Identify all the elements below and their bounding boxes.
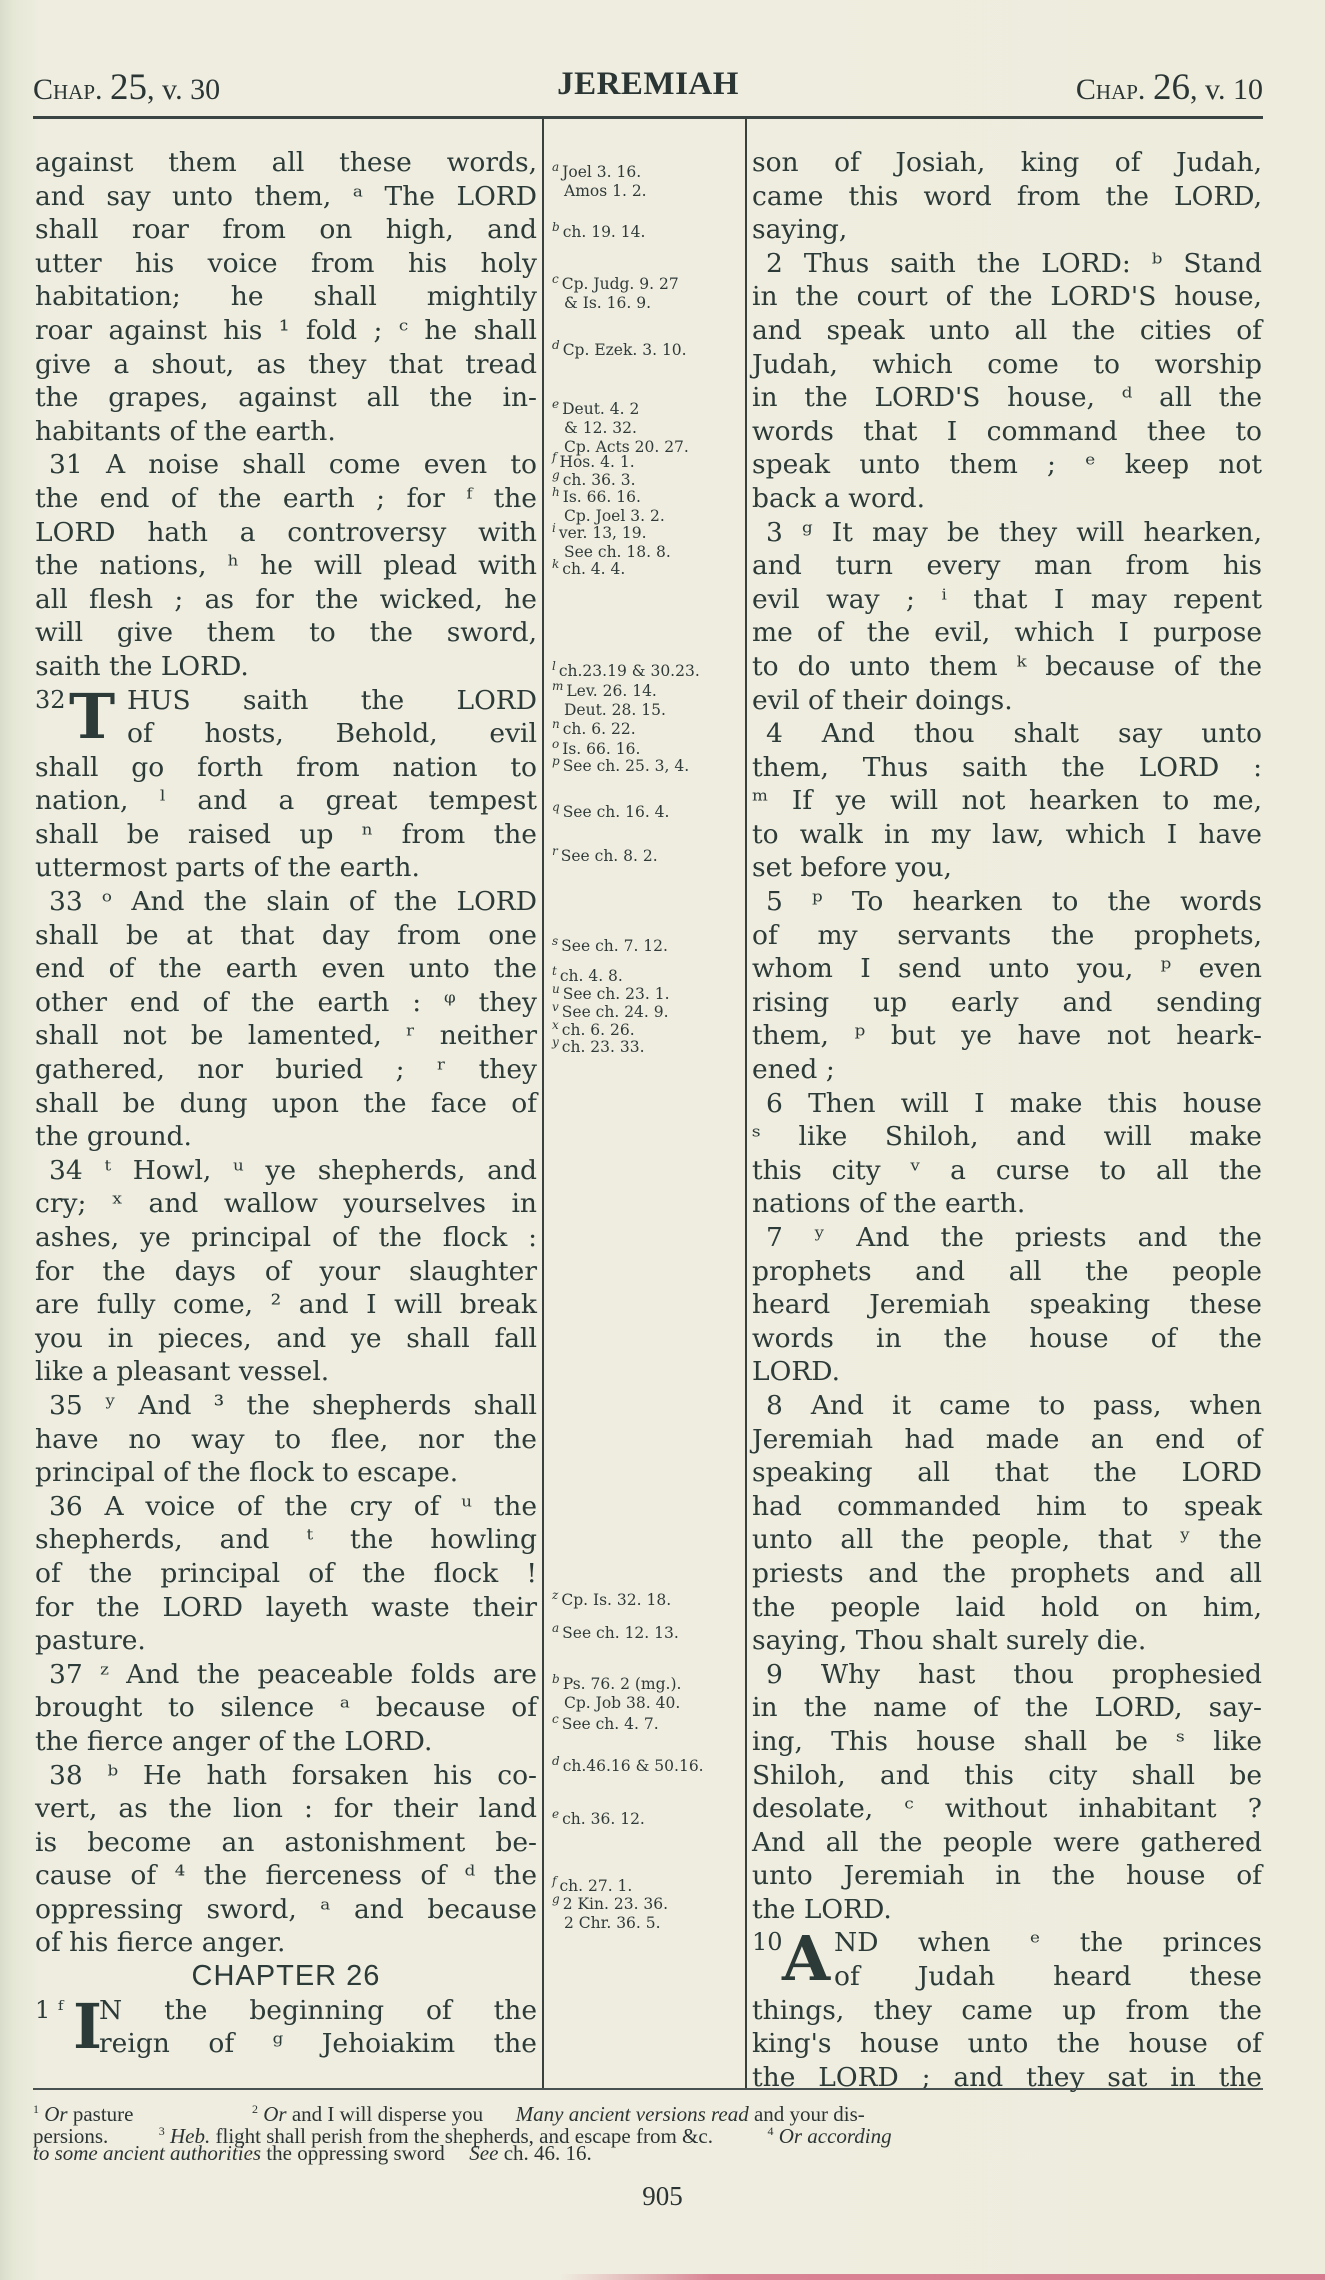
verse-number: 1 ᶠ bbox=[35, 1994, 63, 2028]
text-line: unto all the people, that ʸ the bbox=[752, 1523, 1262, 1557]
page-number: 905 bbox=[0, 2181, 1325, 2212]
reference-key: d bbox=[552, 338, 560, 352]
text-line: 33 ᵒ And the slain of the LORD bbox=[35, 885, 537, 919]
drop-cap: I bbox=[73, 1996, 102, 2058]
text-line: 9 Why hast thou prophesied bbox=[752, 1658, 1262, 1692]
cross-reference: dch.46.16 & 50.16. bbox=[552, 1752, 704, 1776]
text-line: you in pieces, and ye shall fall bbox=[35, 1322, 537, 1356]
text-line: them, ᵖ but ye have not heark- bbox=[752, 1019, 1262, 1053]
reference-text: & Is. 16. 9. bbox=[552, 294, 679, 313]
cross-reference: sSee ch. 7. 12. bbox=[552, 932, 668, 956]
reference-key: p bbox=[552, 754, 560, 768]
text-line: LORD. bbox=[752, 1355, 1262, 1389]
verse-number: 32 bbox=[35, 684, 66, 718]
text-line: 1 ᶠIN the beginning of the bbox=[35, 1994, 537, 2028]
reference-text: ch. 36. 12. bbox=[562, 1810, 645, 1828]
footnote-line-2: persions. 3 Heb. flight shall perish fro… bbox=[33, 2120, 1263, 2142]
reference-key: q bbox=[552, 800, 560, 814]
text-line: ᵐ If ye will not hearken to me, bbox=[752, 784, 1262, 818]
text-line: saith the LORD. bbox=[35, 650, 537, 684]
text-line: gathered, nor buried ; ʳ they bbox=[35, 1053, 537, 1087]
reference-text: ch.46.16 & 50.16. bbox=[563, 1757, 704, 1775]
reference-text: See ch. 25. 3, 4. bbox=[563, 757, 690, 775]
header-right-reference: Chap. 26, v. 10 bbox=[1076, 66, 1263, 109]
text-line: priests and the prophets and all bbox=[752, 1557, 1262, 1591]
reference-key: b bbox=[552, 1672, 560, 1686]
cross-reference: aJoel 3. 16.Amos 1. 2. bbox=[552, 158, 647, 201]
text-line: son of Josiah, king of Judah, bbox=[752, 146, 1262, 180]
text-line: of the principal of the flock ! bbox=[35, 1557, 537, 1591]
text-line: And all the people were gathered bbox=[752, 1826, 1262, 1860]
reference-text: 2 Kin. 23. 36. bbox=[563, 1895, 668, 1913]
footnote-text: the oppressing sword bbox=[261, 2141, 445, 2165]
cross-reference: kch. 4. 4. bbox=[552, 555, 625, 579]
text-line: evil way ; ⁱ that I may repent bbox=[752, 583, 1262, 617]
text-line: the end of the earth ; for ᶠ the bbox=[35, 482, 537, 516]
header-right-verse: , v. 10 bbox=[1190, 73, 1263, 106]
text-line: other end of the earth : ᵠ they bbox=[35, 986, 537, 1020]
cross-reference: cSee ch. 4. 7. bbox=[552, 1710, 659, 1734]
text-line: shall not be lamented, ʳ neither bbox=[35, 1019, 537, 1053]
text-line: 7 ʸ And the priests and the bbox=[752, 1221, 1262, 1255]
header-rule bbox=[33, 116, 1263, 119]
verse-number: 10 bbox=[752, 1926, 783, 1960]
text-line: LORD hath a controversy with bbox=[35, 516, 537, 550]
text-line: 5 ᵖ To hearken to the words bbox=[752, 885, 1262, 919]
text-line: end of the earth even unto the bbox=[35, 952, 537, 986]
text-line: me of the evil, which I purpose bbox=[752, 616, 1262, 650]
reference-key: y bbox=[552, 1035, 559, 1049]
text-line: and speak unto all the cities of bbox=[752, 314, 1262, 348]
cross-reference: ech. 36. 12. bbox=[552, 1805, 645, 1829]
footnotes: 1 Or pasture 2 Or and I will disperse yo… bbox=[33, 2098, 1263, 2164]
text-line: the LORD. bbox=[752, 1893, 1262, 1927]
reference-key: i bbox=[552, 521, 556, 535]
text-line: this city ᵛ a curse to all the bbox=[752, 1154, 1262, 1188]
text-line: nations of the earth. bbox=[752, 1187, 1262, 1221]
text-line: is become an astonishment be- bbox=[35, 1826, 537, 1860]
text-line: have no way to flee, nor the bbox=[35, 1423, 537, 1457]
reference-text: ch. 23. 33. bbox=[562, 1038, 645, 1056]
reference-key: h bbox=[552, 485, 560, 499]
reference-key: o bbox=[552, 737, 559, 751]
text-line: the people laid hold on him, bbox=[752, 1591, 1262, 1625]
text-line: all flesh ; as for the wicked, he bbox=[35, 583, 537, 617]
reference-text: See ch. 7. 12. bbox=[561, 937, 668, 955]
reference-text: Joel 3. 16. bbox=[562, 163, 641, 181]
text-line: habitants of the earth. bbox=[35, 415, 537, 449]
text-line: the nations, ʰ he will plead with bbox=[35, 549, 537, 583]
text-line: ing, This house shall be ˢ like bbox=[752, 1725, 1262, 1759]
reference-text: Is. 66. 16. bbox=[563, 488, 641, 506]
text-line: 10AND when ᵉ the princes bbox=[752, 1926, 1262, 1960]
text-line: 4 And thou shalt say unto bbox=[752, 717, 1262, 751]
reference-text: Ps. 76. 2 (mg.). bbox=[563, 1675, 682, 1693]
column-divider-right bbox=[745, 119, 747, 2089]
cross-reference: dCp. Ezek. 3. 10. bbox=[552, 336, 687, 360]
footnote-marker: 1 bbox=[33, 2102, 39, 2116]
cross-reference: mLev. 26. 14.Deut. 28. 15. bbox=[552, 677, 666, 720]
text-line: cry; ˣ and wallow yourselves in bbox=[35, 1187, 537, 1221]
right-text-column: son of Josiah, king of Judah,came this w… bbox=[752, 146, 1262, 2094]
text-line: 6 Then will I make this house bbox=[752, 1087, 1262, 1121]
cross-reference: bch. 19. 14. bbox=[552, 218, 645, 242]
reference-text: Cp. Judg. 9. 27 bbox=[562, 275, 679, 293]
reference-text: Deut. 4. 2 bbox=[562, 400, 639, 418]
column-divider-left bbox=[542, 119, 544, 2089]
reference-text: Amos 1. 2. bbox=[552, 182, 647, 201]
text-line: Shiloh, and this city shall be bbox=[752, 1759, 1262, 1793]
text-line: oppressing sword, ᵃ and because bbox=[35, 1893, 537, 1927]
text-line: in the court of the LORD'S house, bbox=[752, 280, 1262, 314]
text-line: them, Thus saith the LORD : bbox=[752, 751, 1262, 785]
reference-key: d bbox=[552, 1754, 560, 1768]
text-line: speak unto them ; ᵉ keep not bbox=[752, 448, 1262, 482]
text-line: like a pleasant vessel. bbox=[35, 1355, 537, 1389]
reference-key: e bbox=[552, 397, 559, 411]
reference-key: m bbox=[552, 679, 563, 693]
cross-reference: bPs. 76. 2 (mg.).Cp. Job 38. 40. bbox=[552, 1670, 681, 1713]
text-line: of my servants the prophets, bbox=[752, 919, 1262, 953]
reference-key: x bbox=[552, 1018, 559, 1032]
text-line: shall be at that day from one bbox=[35, 919, 537, 953]
reference-key: s bbox=[552, 934, 558, 948]
text-line: 35 ʸ And ³ the shepherds shall bbox=[35, 1389, 537, 1423]
text-line: the ground. bbox=[35, 1120, 537, 1154]
text-line: 8 And it came to pass, when bbox=[752, 1389, 1262, 1423]
text-line: shall be dung upon the face of bbox=[35, 1087, 537, 1121]
reference-text: Cp. Ezek. 3. 10. bbox=[563, 341, 687, 359]
cross-reference: aSee ch. 12. 13. bbox=[552, 1619, 679, 1643]
header-right-chapter: 26 bbox=[1153, 67, 1190, 108]
text-line: and say unto them, ᵃ The LORD bbox=[35, 180, 537, 214]
reference-text: See ch. 4. 7. bbox=[562, 1715, 659, 1733]
reference-key: f bbox=[552, 1874, 556, 1888]
cross-reference: zCp. Is. 32. 18. bbox=[552, 1586, 671, 1610]
text-line: things, they came up from the bbox=[752, 1994, 1262, 2028]
text-line: habitation; he shall mightily bbox=[35, 280, 537, 314]
text-line: whom I send unto you, ᵖ even bbox=[752, 952, 1262, 986]
footnote-text: ch. 46. 16. bbox=[498, 2141, 591, 2165]
text-line: rising up early and sending bbox=[752, 986, 1262, 1020]
drop-cap: T bbox=[69, 686, 115, 748]
text-line: reign of ᵍ Jehoiakim the bbox=[35, 2027, 537, 2061]
text-line: evil of their doings. bbox=[752, 684, 1262, 718]
text-line: against them all these words, bbox=[35, 146, 537, 180]
text-line: words that I command thee to bbox=[752, 415, 1262, 449]
footnote-italic: See bbox=[469, 2141, 498, 2165]
text-line: Jeremiah had made an end of bbox=[752, 1423, 1262, 1457]
text-line: heard Jeremiah speaking these bbox=[752, 1288, 1262, 1322]
text-line: utter his voice from his holy bbox=[35, 247, 537, 281]
footnote-marker: 4 bbox=[767, 2124, 773, 2138]
left-text-column: against them all these words,and say unt… bbox=[35, 146, 537, 2061]
text-line: 31 A noise shall come even to bbox=[35, 448, 537, 482]
text-line: give a shout, as they that tread bbox=[35, 348, 537, 382]
text-line: 36 A voice of the cry of ᵘ the bbox=[35, 1490, 537, 1524]
text-line: for the days of your slaughter bbox=[35, 1255, 537, 1289]
header-right-prefix: Chap. bbox=[1076, 73, 1146, 106]
text-line: the fierce anger of the LORD. bbox=[35, 1725, 537, 1759]
reference-key: v bbox=[552, 1000, 559, 1014]
reference-key: u bbox=[552, 982, 560, 996]
text-line: Judah, which come to worship bbox=[752, 348, 1262, 382]
text-line: CHAPTER 26 bbox=[35, 1960, 537, 1994]
text-line: saying, Thou shalt surely die. bbox=[752, 1624, 1262, 1658]
text-line: shall roar from on high, and bbox=[35, 213, 537, 247]
reference-key: b bbox=[552, 220, 560, 234]
reference-text: Cp. Is. 32. 18. bbox=[561, 1591, 671, 1609]
text-line: back a word. bbox=[752, 482, 1262, 516]
footnote-italic: Or according bbox=[779, 2124, 892, 2148]
text-line: to walk in my law, which I have bbox=[752, 818, 1262, 852]
reference-key: a bbox=[552, 160, 559, 174]
footnote-italic: to some ancient authorities bbox=[33, 2141, 261, 2165]
cross-reference: rSee ch. 8. 2. bbox=[552, 842, 658, 866]
text-line: desolate, ᶜ without inhabitant ? bbox=[752, 1792, 1262, 1826]
footnote-rule bbox=[33, 2088, 1263, 2090]
text-line: principal of the flock to escape. bbox=[35, 1456, 537, 1490]
page-edge-red bbox=[560, 2274, 1325, 2280]
cross-reference: cCp. Judg. 9. 27& Is. 16. 9. bbox=[552, 270, 679, 313]
reference-text: See ch. 16. 4. bbox=[563, 803, 670, 821]
text-line: in the LORD'S house, ᵈ all the bbox=[752, 381, 1262, 415]
text-line: are fully come, ² and I will break bbox=[35, 1288, 537, 1322]
text-line: brought to silence ᵃ because of bbox=[35, 1691, 537, 1725]
drop-cap: A bbox=[782, 1928, 830, 1990]
text-line: to do unto them ᵏ because of the bbox=[752, 650, 1262, 684]
text-line: shall go forth from nation to bbox=[35, 751, 537, 785]
reference-text: 2 Chr. 36. 5. bbox=[552, 1914, 668, 1933]
text-line: shepherds, and ᵗ the howling bbox=[35, 1523, 537, 1557]
footnote-marker: 2 bbox=[252, 2102, 258, 2116]
reference-key: z bbox=[552, 1588, 558, 1602]
text-line: unto Jeremiah in the house of bbox=[752, 1859, 1262, 1893]
text-line: uttermost parts of the earth. bbox=[35, 851, 537, 885]
text-line: 32THUS saith the LORD bbox=[35, 684, 537, 718]
text-line: in the name of the LORD, say- bbox=[752, 1691, 1262, 1725]
text-line: had commanded him to speak bbox=[752, 1490, 1262, 1524]
text-line: 34 ᵗ Howl, ᵘ ye shepherds, and bbox=[35, 1154, 537, 1188]
reference-key: f bbox=[552, 450, 556, 464]
cross-reference: qSee ch. 16. 4. bbox=[552, 798, 669, 822]
text-line: set before you, bbox=[752, 851, 1262, 885]
text-line: for the LORD layeth waste their bbox=[35, 1591, 537, 1625]
text-line: roar against his ¹ fold ; ᶜ he shall bbox=[35, 314, 537, 348]
text-line: saying, bbox=[752, 213, 1262, 247]
reference-key: g bbox=[552, 468, 560, 482]
text-line: shall be raised up ⁿ from the bbox=[35, 818, 537, 852]
reference-key: c bbox=[552, 1712, 559, 1726]
reference-text: & 12. 32. bbox=[552, 419, 689, 438]
text-line: of his fierce anger. bbox=[35, 1926, 537, 1960]
cross-reference: g2 Kin. 23. 36.2 Chr. 36. 5. bbox=[552, 1890, 668, 1933]
reference-key: a bbox=[552, 1621, 559, 1635]
text-line: ened ; bbox=[752, 1053, 1262, 1087]
reference-key: e bbox=[552, 1807, 559, 1821]
reference-text: ch. 19. 14. bbox=[563, 223, 646, 241]
reference-key: l bbox=[552, 659, 556, 673]
reference-key: n bbox=[552, 717, 560, 731]
text-line: words in the house of the bbox=[752, 1322, 1262, 1356]
text-line: cause of ⁴ the fierceness of ᵈ the bbox=[35, 1859, 537, 1893]
reference-key: g bbox=[552, 1892, 560, 1906]
reference-text: Lev. 26. 14. bbox=[566, 682, 656, 700]
text-line: nation, ˡ and a great tempest bbox=[35, 784, 537, 818]
reference-key: k bbox=[552, 557, 559, 571]
cross-reference: ych. 23. 33. bbox=[552, 1033, 645, 1057]
running-header: Chap. 25, v. 30 JEREMIAH Chap. 26, v. 10 bbox=[33, 66, 1263, 110]
book-page: Chap. 25, v. 30 JEREMIAH Chap. 26, v. 10… bbox=[0, 0, 1325, 2280]
reference-key: t bbox=[552, 964, 557, 978]
reference-key: r bbox=[552, 844, 558, 858]
text-line: 37 ᶻ And the peaceable folds are bbox=[35, 1658, 537, 1692]
text-line: speaking all that the LORD bbox=[752, 1456, 1262, 1490]
text-line: came this word from the LORD, bbox=[752, 180, 1262, 214]
footnote-marker: 3 bbox=[159, 2124, 165, 2138]
cross-reference: pSee ch. 25. 3, 4. bbox=[552, 752, 689, 776]
reference-text: See ch. 12. 13. bbox=[562, 1624, 679, 1642]
text-line: prophets and all the people bbox=[752, 1255, 1262, 1289]
text-line: the grapes, against all the in- bbox=[35, 381, 537, 415]
text-line: 38 ᵇ He hath forsaken his co- bbox=[35, 1759, 537, 1793]
text-line: 2 Thus saith the LORD: ᵇ Stand bbox=[752, 247, 1262, 281]
text-line: 3 ᵍ It may be they will hearken, bbox=[752, 516, 1262, 550]
reference-text: ver. 13, 19. bbox=[559, 524, 647, 542]
text-line: ashes, ye principal of the flock : bbox=[35, 1221, 537, 1255]
text-line: ˢ like Shiloh, and will make bbox=[752, 1120, 1262, 1154]
text-line: pasture. bbox=[35, 1624, 537, 1658]
footnote-line-1: 1 Or pasture 2 Or and I will disperse yo… bbox=[33, 2098, 1263, 2120]
reference-text: ch. 4. 4. bbox=[562, 560, 625, 578]
reference-text: See ch. 8. 2. bbox=[561, 847, 658, 865]
text-line: will give them to the sword, bbox=[35, 616, 537, 650]
text-line: and turn every man from his bbox=[752, 549, 1262, 583]
text-line: king's house unto the house of bbox=[752, 2027, 1262, 2061]
text-line: vert, as the lion : for their land bbox=[35, 1792, 537, 1826]
reference-key: c bbox=[552, 272, 559, 286]
